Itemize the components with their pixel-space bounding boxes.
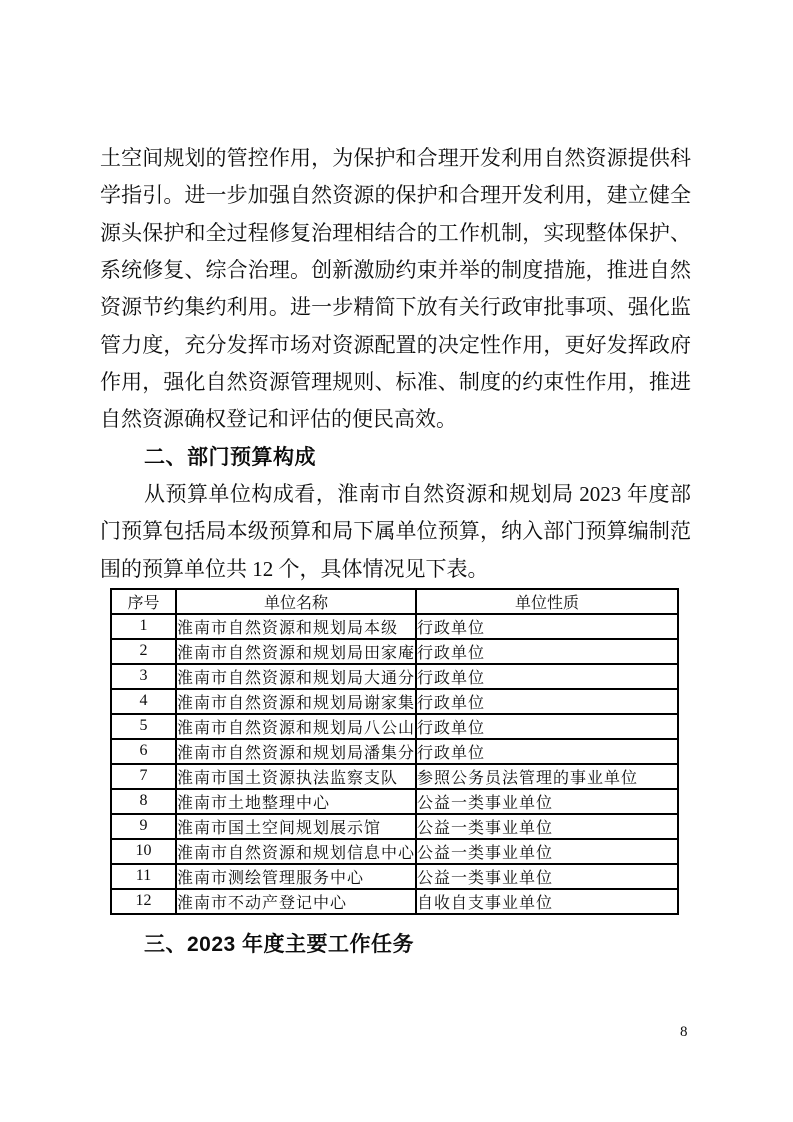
paragraph-line: 自然资源确权登记和评估的便民高效。: [100, 401, 691, 438]
table-cell: 11: [111, 864, 176, 889]
table-cell: 淮南市自然资源和规划局本级: [176, 614, 416, 639]
table-cell: 淮南市国土资源执法监察支队: [176, 764, 416, 789]
table-row: 2 淮南市自然资源和规划局田家庵分局 行政单位: [111, 639, 678, 664]
paragraph-line: 学指引。进一步加强自然资源的保护和合理开发利用，建立健全: [100, 177, 691, 214]
table-row: 11 淮南市测绘管理服务中心 公益一类事业单位: [111, 864, 678, 889]
table-cell: 淮南市测绘管理服务中心: [176, 864, 416, 889]
table-row: 4 淮南市自然资源和规划局谢家集分局 行政单位: [111, 689, 678, 714]
table-cell: 淮南市自然资源和规划局潘集分局: [176, 739, 416, 764]
table-cell: 9: [111, 814, 176, 839]
table-row: 9 淮南市国土空间规划展示馆 公益一类事业单位: [111, 814, 678, 839]
document-content: 土空间规划的管控作用，为保护和合理开发利用自然资源提供科 学指引。进一步加强自然…: [100, 140, 691, 963]
table-cell: 公益一类事业单位: [416, 814, 678, 839]
section-heading-3: 三、2023 年度主要工作任务: [100, 926, 691, 963]
table-cell: 自收自支事业单位: [416, 889, 678, 914]
paragraph-line: 管力度，充分发挥市场对资源配置的决定性作用，更好发挥政府: [100, 327, 691, 364]
table-cell: 8: [111, 789, 176, 814]
paragraph-1: 土空间规划的管控作用，为保护和合理开发利用自然资源提供科 学指引。进一步加强自然…: [100, 140, 691, 439]
table-cell: 6: [111, 739, 176, 764]
table-cell: 行政单位: [416, 614, 678, 639]
table-cell: 7: [111, 764, 176, 789]
table-cell: 淮南市自然资源和规划局大通分局: [176, 664, 416, 689]
table-cell: 公益一类事业单位: [416, 864, 678, 889]
table-row: 3 淮南市自然资源和规划局大通分局 行政单位: [111, 664, 678, 689]
table-cell: 3: [111, 664, 176, 689]
table-cell: 淮南市自然资源和规划信息中心: [176, 839, 416, 864]
document-page: 土空间规划的管控作用，为保护和合理开发利用自然资源提供科 学指引。进一步加强自然…: [0, 0, 793, 1122]
table-cell: 10: [111, 839, 176, 864]
table-cell: 行政单位: [416, 639, 678, 664]
table-header-cell: 单位名称: [176, 589, 416, 614]
table-cell: 淮南市国土空间规划展示馆: [176, 814, 416, 839]
table-row: 7 淮南市国土资源执法监察支队 参照公务员法管理的事业单位: [111, 764, 678, 789]
paragraph-line: 土空间规划的管控作用，为保护和合理开发利用自然资源提供科: [100, 140, 691, 177]
table-cell: 公益一类事业单位: [416, 839, 678, 864]
table-cell: 淮南市自然资源和规划局田家庵分局: [176, 639, 416, 664]
table-header-row: 序号 单位名称 单位性质: [111, 589, 678, 614]
table-header-cell: 序号: [111, 589, 176, 614]
table-cell: 淮南市土地整理中心: [176, 789, 416, 814]
table-cell: 行政单位: [416, 689, 678, 714]
table-cell: 行政单位: [416, 714, 678, 739]
table-cell: 公益一类事业单位: [416, 789, 678, 814]
paragraph-line: 从预算单位构成看，淮南市自然资源和规划局 2023 年度部: [100, 476, 691, 513]
table-cell: 2: [111, 639, 176, 664]
table-cell: 行政单位: [416, 739, 678, 764]
table-cell: 淮南市不动产登记中心: [176, 889, 416, 914]
budget-units-table: 序号 单位名称 单位性质 1 淮南市自然资源和规划局本级 行政单位 2 淮南市自…: [110, 588, 679, 915]
table-row: 6 淮南市自然资源和规划局潘集分局 行政单位: [111, 739, 678, 764]
section-heading-2: 二、部门预算构成: [100, 439, 691, 476]
paragraph-2: 从预算单位构成看，淮南市自然资源和规划局 2023 年度部 门预算包括局本级预算…: [100, 476, 691, 588]
table-row: 5 淮南市自然资源和规划局八公山分局 行政单位: [111, 714, 678, 739]
table-cell: 12: [111, 889, 176, 914]
paragraph-line: 系统修复、综合治理。创新激励约束并举的制度措施，推进自然: [100, 252, 691, 289]
paragraph-line: 围的预算单位共 12 个，具体情况见下表。: [100, 551, 691, 588]
paragraph-line: 源头保护和全过程修复治理相结合的工作机制，实现整体保护、: [100, 215, 691, 252]
paragraph-line: 门预算包括局本级预算和局下属单位预算，纳入部门预算编制范: [100, 513, 691, 550]
table-row: 12 淮南市不动产登记中心 自收自支事业单位: [111, 889, 678, 914]
table-cell: 行政单位: [416, 664, 678, 689]
table-cell: 淮南市自然资源和规划局八公山分局: [176, 714, 416, 739]
table-row: 10 淮南市自然资源和规划信息中心 公益一类事业单位: [111, 839, 678, 864]
table-row: 1 淮南市自然资源和规划局本级 行政单位: [111, 614, 678, 639]
table-cell: 参照公务员法管理的事业单位: [416, 764, 678, 789]
table-cell: 淮南市自然资源和规划局谢家集分局: [176, 689, 416, 714]
page-number: 8: [680, 1022, 688, 1042]
table-cell: 5: [111, 714, 176, 739]
table-cell: 4: [111, 689, 176, 714]
paragraph-line: 资源节约集约利用。进一步精简下放有关行政审批事项、强化监: [100, 289, 691, 326]
paragraph-line: 作用，强化自然资源管理规则、标准、制度的约束性作用，推进: [100, 364, 691, 401]
table-row: 8 淮南市土地整理中心 公益一类事业单位: [111, 789, 678, 814]
table-cell: 1: [111, 614, 176, 639]
table-header-cell: 单位性质: [416, 589, 678, 614]
